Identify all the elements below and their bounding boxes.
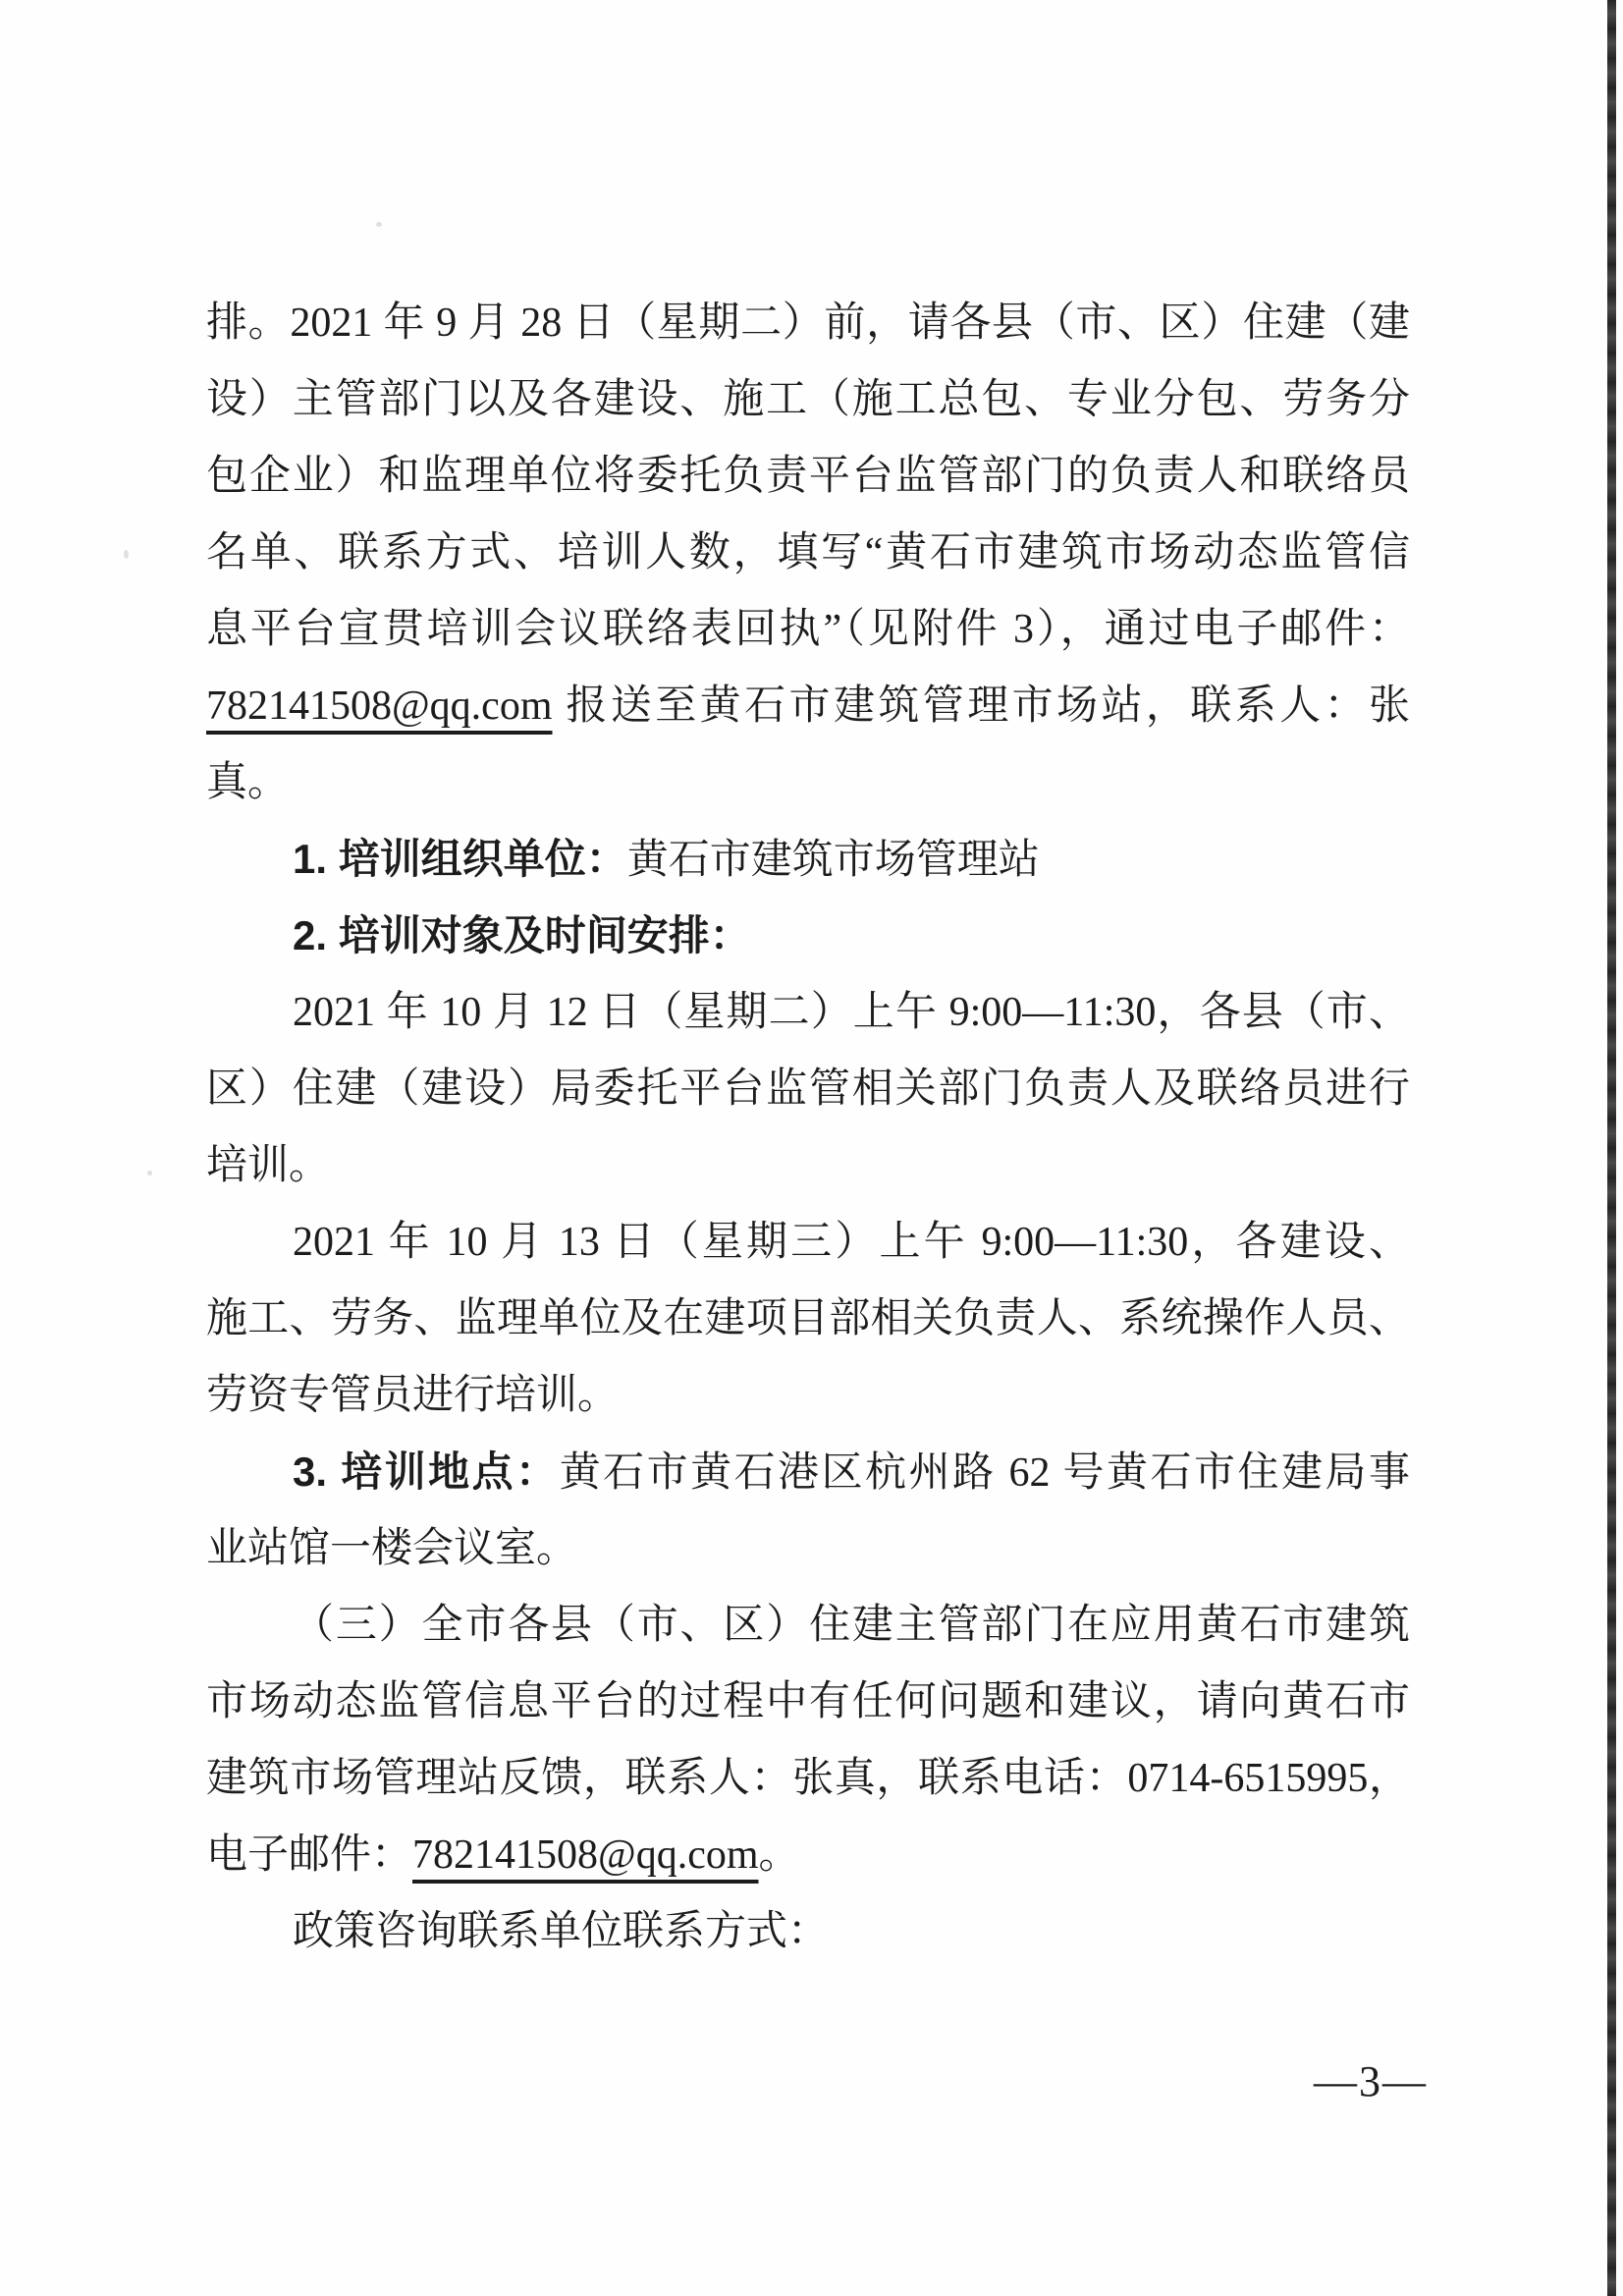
- document-page: 排。2021 年 9 月 28 日（星期二）前，请各县（市、区）住建（建 设）主…: [0, 0, 1623, 2296]
- doc-text: 政策咨询联系单位联系方式：: [293, 1909, 829, 1954]
- doc-text: 业站馆一楼会议室。: [206, 1526, 577, 1571]
- page-number: —3—: [1292, 2054, 1449, 2109]
- doc-line: 施工、劳务、监理单位及在建项目部相关负责人、系统操作人员、: [206, 1281, 1410, 1357]
- doc-line: 区）住建（建设）局委托平台监管相关部门负责人及联络员进行: [206, 1051, 1410, 1127]
- doc-text: 区）住建（建设）局委托平台监管相关部门负责人及联络员进行: [206, 1066, 1410, 1112]
- doc-text: 息平台宣贯培训会议联络表回执”（见附件 3），通过电子邮件：: [206, 607, 1410, 652]
- doc-text: 2021 年 10 月 12 日（星期二）上午 9:00—11:30，各县（市、: [293, 990, 1410, 1035]
- doc-line: 2. 培训对象及时间安排：: [206, 898, 1410, 974]
- doc-line: 建筑市场管理站反馈，联系人：张真，联系电话：0714-6515995，: [206, 1740, 1410, 1817]
- doc-text: 设）主管部门以及各建设、施工（施工总包、专业分包、劳务分: [206, 377, 1410, 422]
- doc-text: 报送至黄石市建筑管理市场站，联系人：张: [553, 683, 1411, 729]
- doc-text: 培训。: [206, 1143, 330, 1188]
- doc-text: 真。: [206, 760, 289, 805]
- doc-line: 782141508@qq.com 报送至黄石市建筑管理市场站，联系人：张: [206, 668, 1410, 744]
- scan-edge-artifact: [1607, 0, 1616, 2296]
- doc-line: 真。: [206, 744, 1410, 821]
- doc-text: 电子邮件：: [206, 1832, 412, 1878]
- doc-line: 培训。: [206, 1127, 1410, 1204]
- doc-line: 设）主管部门以及各建设、施工（施工总包、专业分包、劳务分: [206, 361, 1410, 438]
- doc-text: 2021 年 10 月 13 日（星期三）上午 9:00—11:30，各建设、: [293, 1220, 1410, 1265]
- email-underlined: 782141508@qq.com: [412, 1832, 759, 1878]
- doc-line: 名单、联系方式、培训人数，填写“黄石市建筑市场动态监管信: [206, 515, 1410, 591]
- email-underlined: 782141508@qq.com: [206, 683, 553, 729]
- doc-line: 电子邮件：782141508@qq.com。: [206, 1817, 1410, 1893]
- doc-line: 3. 培训地点：黄石市黄石港区杭州路 62 号黄石市住建局事: [206, 1434, 1410, 1510]
- scan-speckle: [376, 222, 382, 227]
- doc-line: 排。2021 年 9 月 28 日（星期二）前，请各县（市、区）住建（建: [206, 285, 1410, 361]
- scan-speckle: [147, 1171, 152, 1175]
- scan-speckle: [124, 550, 129, 559]
- doc-text: 市场动态监管信息平台的过程中有任何问题和建议，请向黄石市: [206, 1679, 1410, 1724]
- doc-line: 劳资专管员进行培训。: [206, 1357, 1410, 1434]
- doc-text: 黄石市建筑市场管理站: [627, 838, 1040, 883]
- doc-line: 包企业）和监理单位将委托负责平台监管部门的负责人和联络员: [206, 438, 1410, 515]
- doc-text: 名单、联系方式、培训人数，填写“黄石市建筑市场动态监管信: [206, 530, 1410, 575]
- doc-line: 市场动态监管信息平台的过程中有任何问题和建议，请向黄石市: [206, 1664, 1410, 1740]
- document-text-block: 排。2021 年 9 月 28 日（星期二）前，请各县（市、区）住建（建 设）主…: [206, 285, 1410, 1970]
- doc-text: （三）全市各县（市、区）住建主管部门在应用黄石市建筑: [293, 1603, 1410, 1648]
- doc-line: 2021 年 10 月 12 日（星期二）上午 9:00—11:30，各县（市、: [206, 974, 1410, 1051]
- doc-line: （三）全市各县（市、区）住建主管部门在应用黄石市建筑: [206, 1587, 1410, 1664]
- doc-line: 1. 培训组织单位：黄石市建筑市场管理站: [206, 821, 1410, 898]
- doc-text: 施工、劳务、监理单位及在建项目部相关负责人、系统操作人员、: [206, 1296, 1410, 1341]
- doc-line: 业站馆一楼会议室。: [206, 1510, 1410, 1587]
- doc-text: 劳资专管员进行培训。: [206, 1373, 619, 1418]
- bold-label: 2. 培训对象及时间安排：: [293, 912, 751, 958]
- doc-text: 建筑市场管理站反馈，联系人：张真，联系电话：0714-6515995，: [206, 1756, 1410, 1801]
- bold-label: 3. 培训地点：: [293, 1449, 560, 1495]
- doc-text: 排。2021 年 9 月 28 日（星期二）前，请各县（市、区）住建（建: [206, 301, 1410, 346]
- doc-text: 黄石市黄石港区杭州路 62 号黄石市住建局事: [560, 1450, 1410, 1496]
- doc-text: 包企业）和监理单位将委托负责平台监管部门的负责人和联络员: [206, 454, 1410, 499]
- bold-label: 1. 培训组织单位：: [293, 836, 627, 882]
- doc-line: 政策咨询联系单位联系方式：: [206, 1893, 1410, 1970]
- doc-text: 。: [759, 1832, 800, 1878]
- doc-line: 2021 年 10 月 13 日（星期三）上午 9:00—11:30，各建设、: [206, 1204, 1410, 1281]
- doc-line: 息平台宣贯培训会议联络表回执”（见附件 3），通过电子邮件：: [206, 591, 1410, 668]
